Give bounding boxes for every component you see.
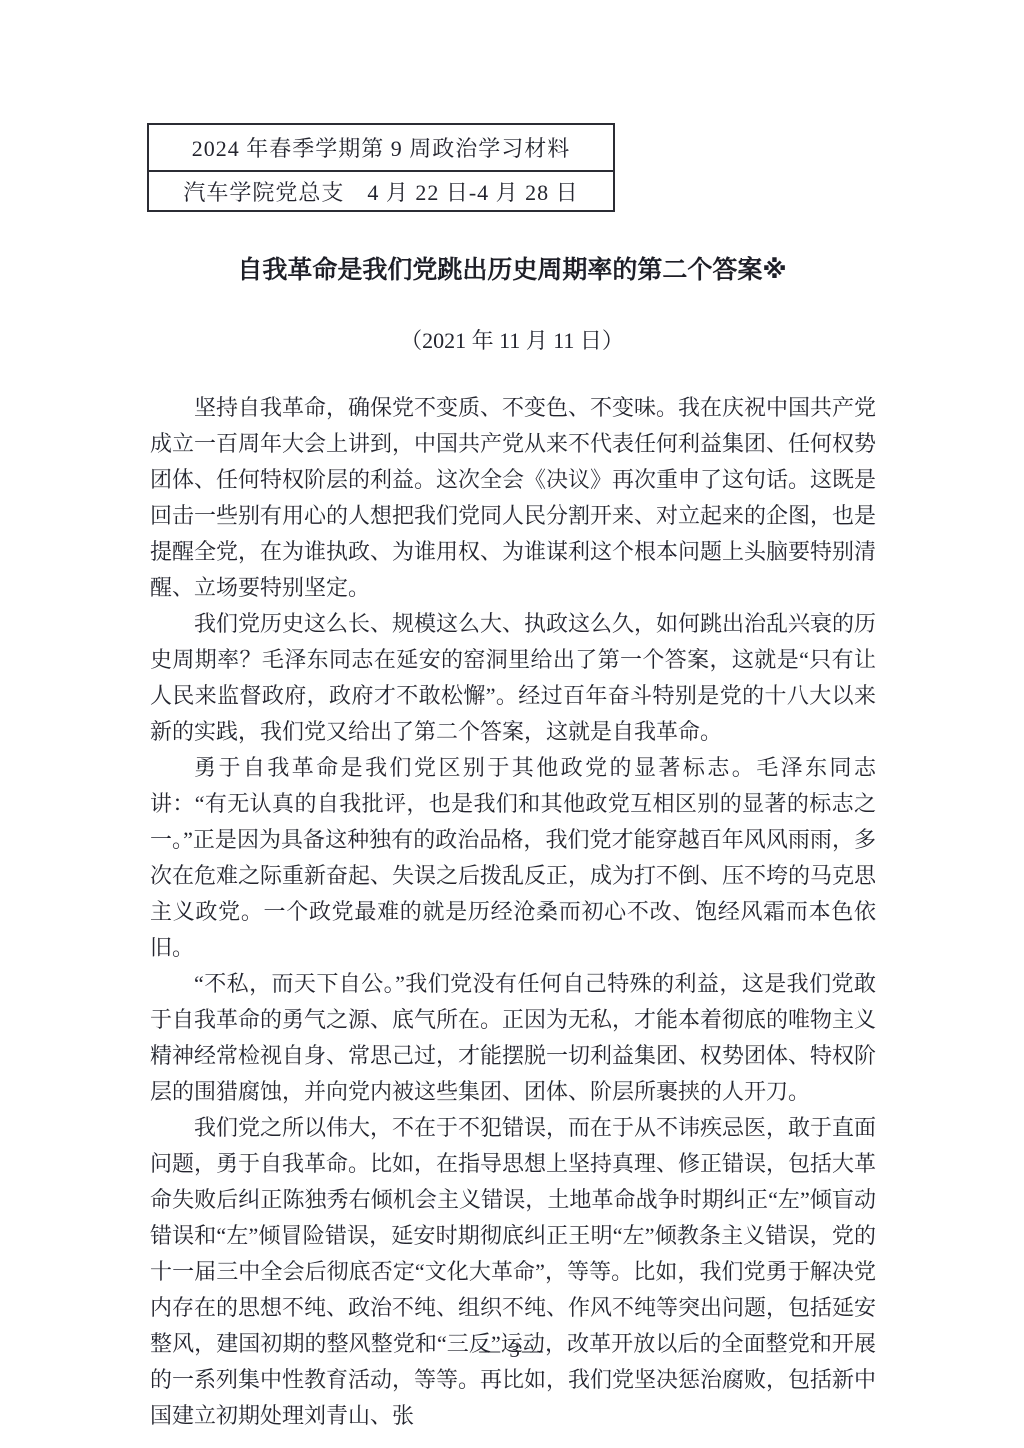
document-title: 自我革命是我们党跳出历史周期率的第二个答案※ (0, 250, 1024, 286)
document-page: 2024 年春季学期第 9 周政治学习材料 汽车学院党总支 4 月 22 日-4… (0, 0, 1024, 1448)
paragraph: 勇于自我革命是我们党区别于其他政党的显著标志。毛泽东同志讲：“有无认真的自我批评… (150, 750, 876, 966)
paragraph: 我们党历史这么长、规模这么大、执政这么久，如何跳出治乱兴衰的历史周期率？毛泽东同… (150, 606, 876, 750)
paragraph: 坚持自我革命，确保党不变质、不变色、不变味。我在庆祝中国共产党成立一百周年大会上… (150, 390, 876, 606)
document-date: （2021 年 11 月 11 日） (0, 324, 1024, 355)
paragraph: “不私，而天下自公。”我们党没有任何自己特殊的利益，这是我们党敢于自我革命的勇气… (150, 966, 876, 1110)
paragraph: 我们党之所以伟大，不在于不犯错误，而在于从不讳疾忌医，敢于直面问题，勇于自我革命… (150, 1110, 876, 1434)
document-body: 坚持自我革命，确保党不变质、不变色、不变味。我在庆祝中国共产党成立一百周年大会上… (150, 390, 876, 1434)
page-number: — 3— (0, 1338, 1024, 1363)
header-box: 2024 年春季学期第 9 周政治学习材料 汽车学院党总支 4 月 22 日-4… (147, 123, 615, 212)
header-line-branch-dates: 汽车学院党总支 4 月 22 日-4 月 28 日 (149, 172, 613, 210)
header-line-material-title: 2024 年春季学期第 9 周政治学习材料 (149, 125, 613, 172)
